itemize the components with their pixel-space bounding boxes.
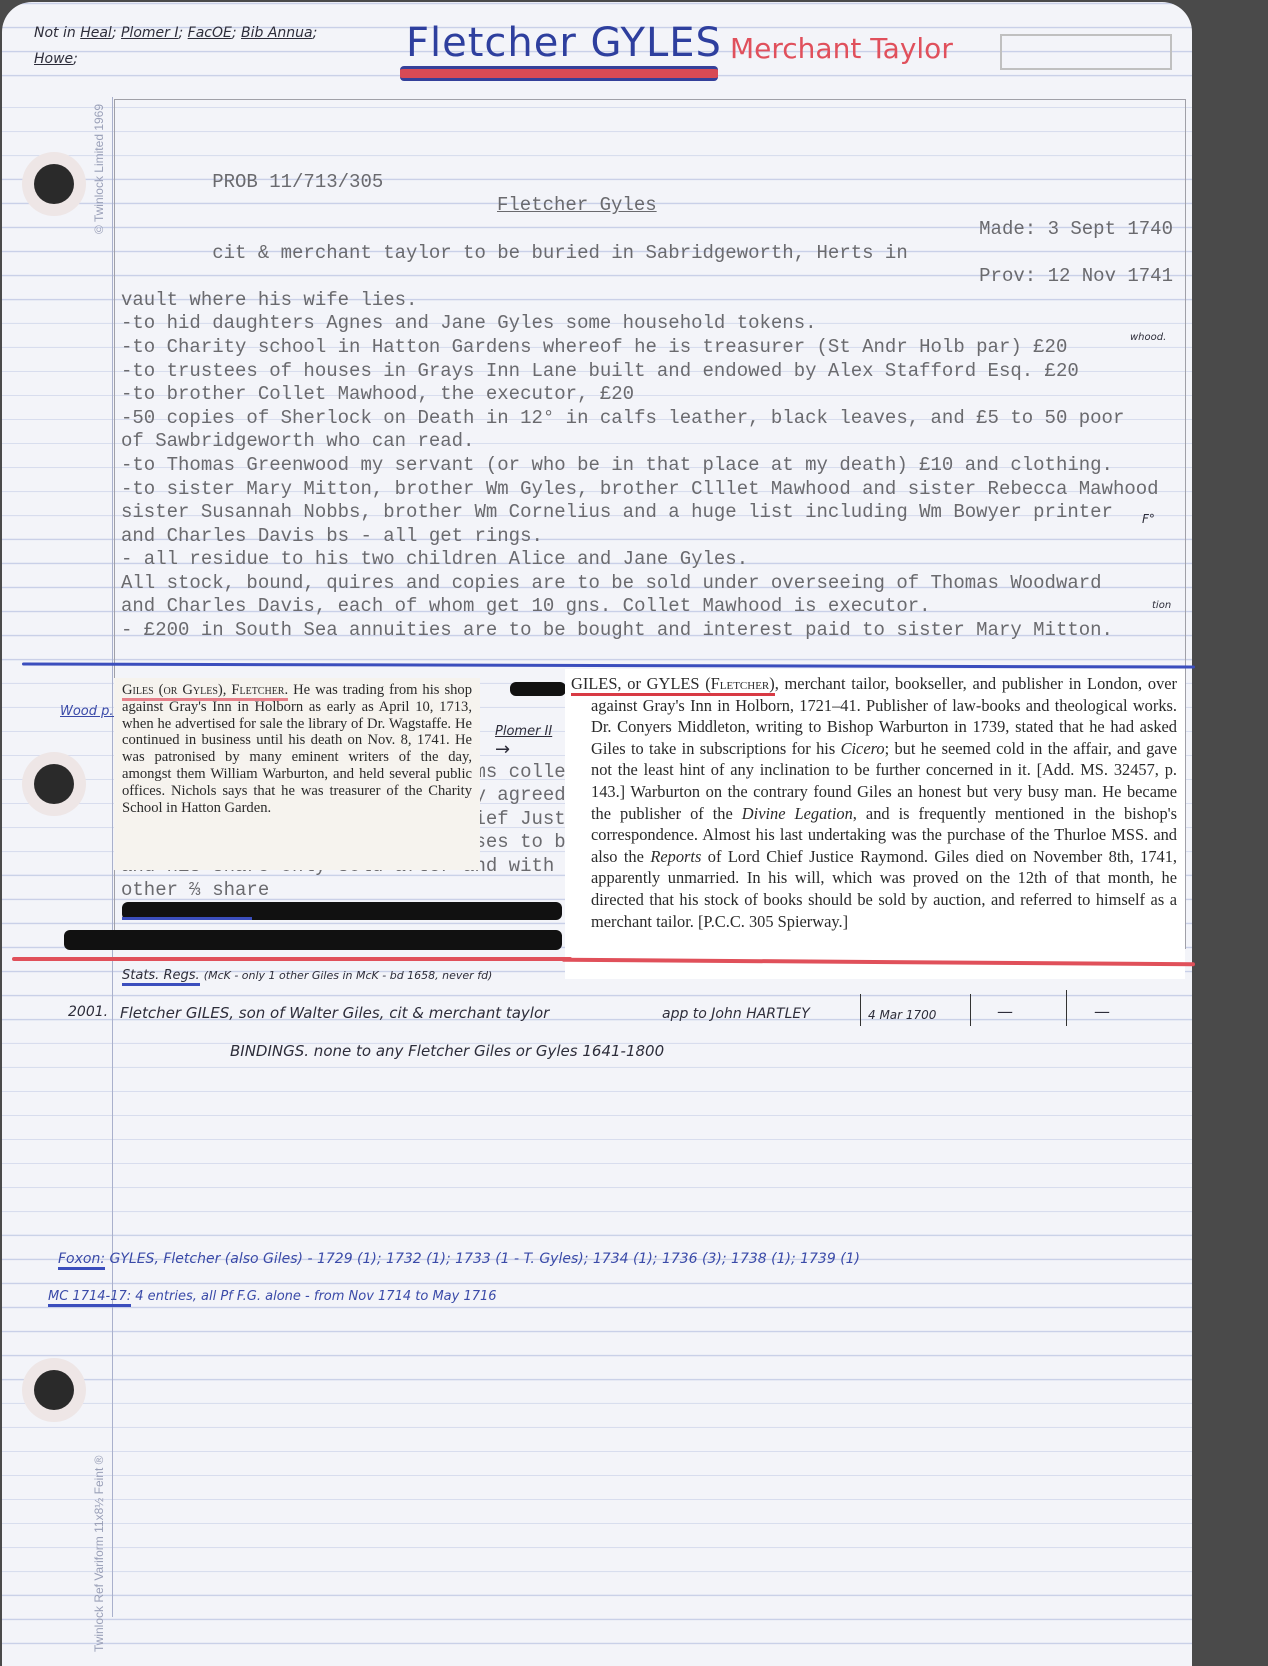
foxon-label: Foxon: (58, 1251, 105, 1270)
form-imprint: Twinlock Ref Variform 11x8½ Feint ® (92, 1456, 106, 1652)
sources-note: Not in Heal; Plomer I; FacOE; Bib Annua;… (34, 20, 317, 72)
name-underline (400, 66, 718, 81)
source-bib-annua: Bib Annua (241, 25, 313, 41)
plomer-title-reports: Reports (650, 847, 701, 866)
will-line: -to trustees of houses in Grays Inn Lane… (121, 360, 1179, 384)
source-heal: Heal (80, 25, 112, 41)
will-line: -50 copies of Sherlock on Death in 12° i… (121, 407, 1179, 431)
will-line: cit & merchant taylor to be buried in Sa… (121, 218, 1179, 242)
redaction-mark (64, 930, 562, 950)
stats-entry-number: 2001. (68, 1004, 108, 1020)
will-line: and Charles Davis bs - all get rings. (121, 525, 1179, 549)
stats-entry-text: Fletcher GILES, son of Walter Giles, cit… (120, 1004, 549, 1022)
stats-date: 4 Mar 1700 (868, 1008, 936, 1022)
plomer-clipping: GILES, or GYLES (Fletcher), merchant tai… (565, 669, 1185, 979)
record-name: Fletcher GYLES (406, 20, 722, 66)
punch-hole-bottom (34, 1370, 74, 1410)
will-line: All stock, bound, quires and copies are … (121, 572, 1179, 596)
will-line-text: cit & merchant taylor to be buried in Sa… (212, 242, 908, 264)
plomer-heading-name: GILES, or GYLES (571, 674, 699, 693)
sources-prefix: Not in (34, 25, 76, 41)
column-divider (1066, 990, 1067, 1026)
will-line: of Sawbridgeworth who can read. (121, 430, 1179, 454)
testator-name: Fletcher Gyles (497, 194, 657, 218)
column-divider (860, 994, 861, 1026)
plomer-title-cicero: Cicero (841, 739, 885, 758)
will-proved-date: Prov: 12 Nov 1741 (979, 265, 1173, 289)
will-line: and Charles Davis, each of whom get 10 g… (121, 595, 1179, 619)
prob-reference: PROB 11/713/305 (212, 171, 383, 193)
will-line: -to Charity school in Hatton Gardens whe… (121, 336, 1179, 360)
margin-rule (112, 97, 113, 1617)
foxon-text: GYLES, Fletcher (also Giles) - 1729 (1);… (110, 1251, 861, 1267)
section-divider-red (12, 957, 572, 961)
will-header-row: PROB 11/713/305 Fletcher Gyles Made: 3 S… (121, 147, 1179, 171)
will-line: - all residue to his two children Alice … (121, 548, 1179, 572)
foxon-line: Foxon: GYLES, Fletcher (also Giles) - 17… (58, 1251, 860, 1267)
will-line: -to brother Collet Mawhood, the executor… (121, 383, 1179, 407)
source-facoe: FacOE (188, 25, 232, 41)
will-line: -to Thomas Greenwood my servant (or who … (121, 454, 1179, 478)
will-line: sister Susannah Nobbs, brother Wm Cornel… (121, 501, 1179, 525)
margin-annotation-tion: tion (1152, 600, 1171, 611)
record-card: © Twinlock Limited 1969 Twinlock Ref Var… (2, 2, 1192, 1666)
source-howe: Howe (34, 51, 73, 67)
wood-clipping-body: He was trading from his shop against Gra… (122, 682, 472, 816)
blue-underline-mark (122, 917, 252, 920)
plomer-heading: GILES, or GYLES (Fletcher) (571, 674, 775, 696)
arrow-right-icon: → (495, 739, 510, 760)
mc-label: MC 1714-17: (48, 1289, 131, 1307)
bindings-note: BINDINGS. none to any Fletcher Giles or … (230, 1042, 664, 1060)
will-line: -to hid daughters Agnes and Jane Gyles s… (121, 312, 1179, 336)
stats-col-a: — (997, 1002, 1013, 1021)
wood-clipping: Giles (or Gyles), Fletcher. He was tradi… (114, 678, 480, 870)
record-occupation: Merchant Taylor (730, 32, 953, 65)
stats-col-b: — (1094, 1002, 1110, 1021)
plomer-reference: Plomer II → (495, 724, 552, 760)
will-line: vault where his wife lies. (121, 289, 1179, 313)
mc-line: MC 1714-17: 4 entries, all Pf F.G. alone… (48, 1289, 497, 1304)
stats-apprentice: app to John HARTLEY (662, 1006, 810, 1022)
stats-regs-note: (McK - only 1 other Giles in McK - bd 16… (204, 969, 493, 982)
index-box (1000, 34, 1172, 70)
stats-regs-line: Stats. Regs. (McK - only 1 other Giles i… (122, 968, 492, 983)
redaction-mark (510, 682, 566, 696)
plomer-ref-text: Plomer II (495, 724, 552, 739)
will-line: - £200 in South Sea annuities are to be … (121, 619, 1179, 643)
stats-regs-label: Stats. Regs. (122, 968, 200, 986)
plomer-heading-given: (Fletcher) (705, 674, 775, 693)
mc-text: 4 entries, all Pf F.G. alone - from Nov … (135, 1289, 496, 1304)
punch-hole-middle (34, 764, 74, 804)
column-divider (970, 994, 971, 1026)
will-line: -to sister Mary Mitton, brother Wm Gyles… (121, 478, 1179, 502)
punch-hole-top (34, 164, 74, 204)
margin-annotation-folio: F° (1142, 512, 1155, 526)
margin-annotation-whood: whood. (1130, 332, 1166, 343)
copyright-imprint: © Twinlock Limited 1969 (92, 104, 106, 234)
source-plomer-1: Plomer I (121, 25, 178, 41)
plomer-title-divine-legation: Divine Legation (742, 804, 853, 823)
